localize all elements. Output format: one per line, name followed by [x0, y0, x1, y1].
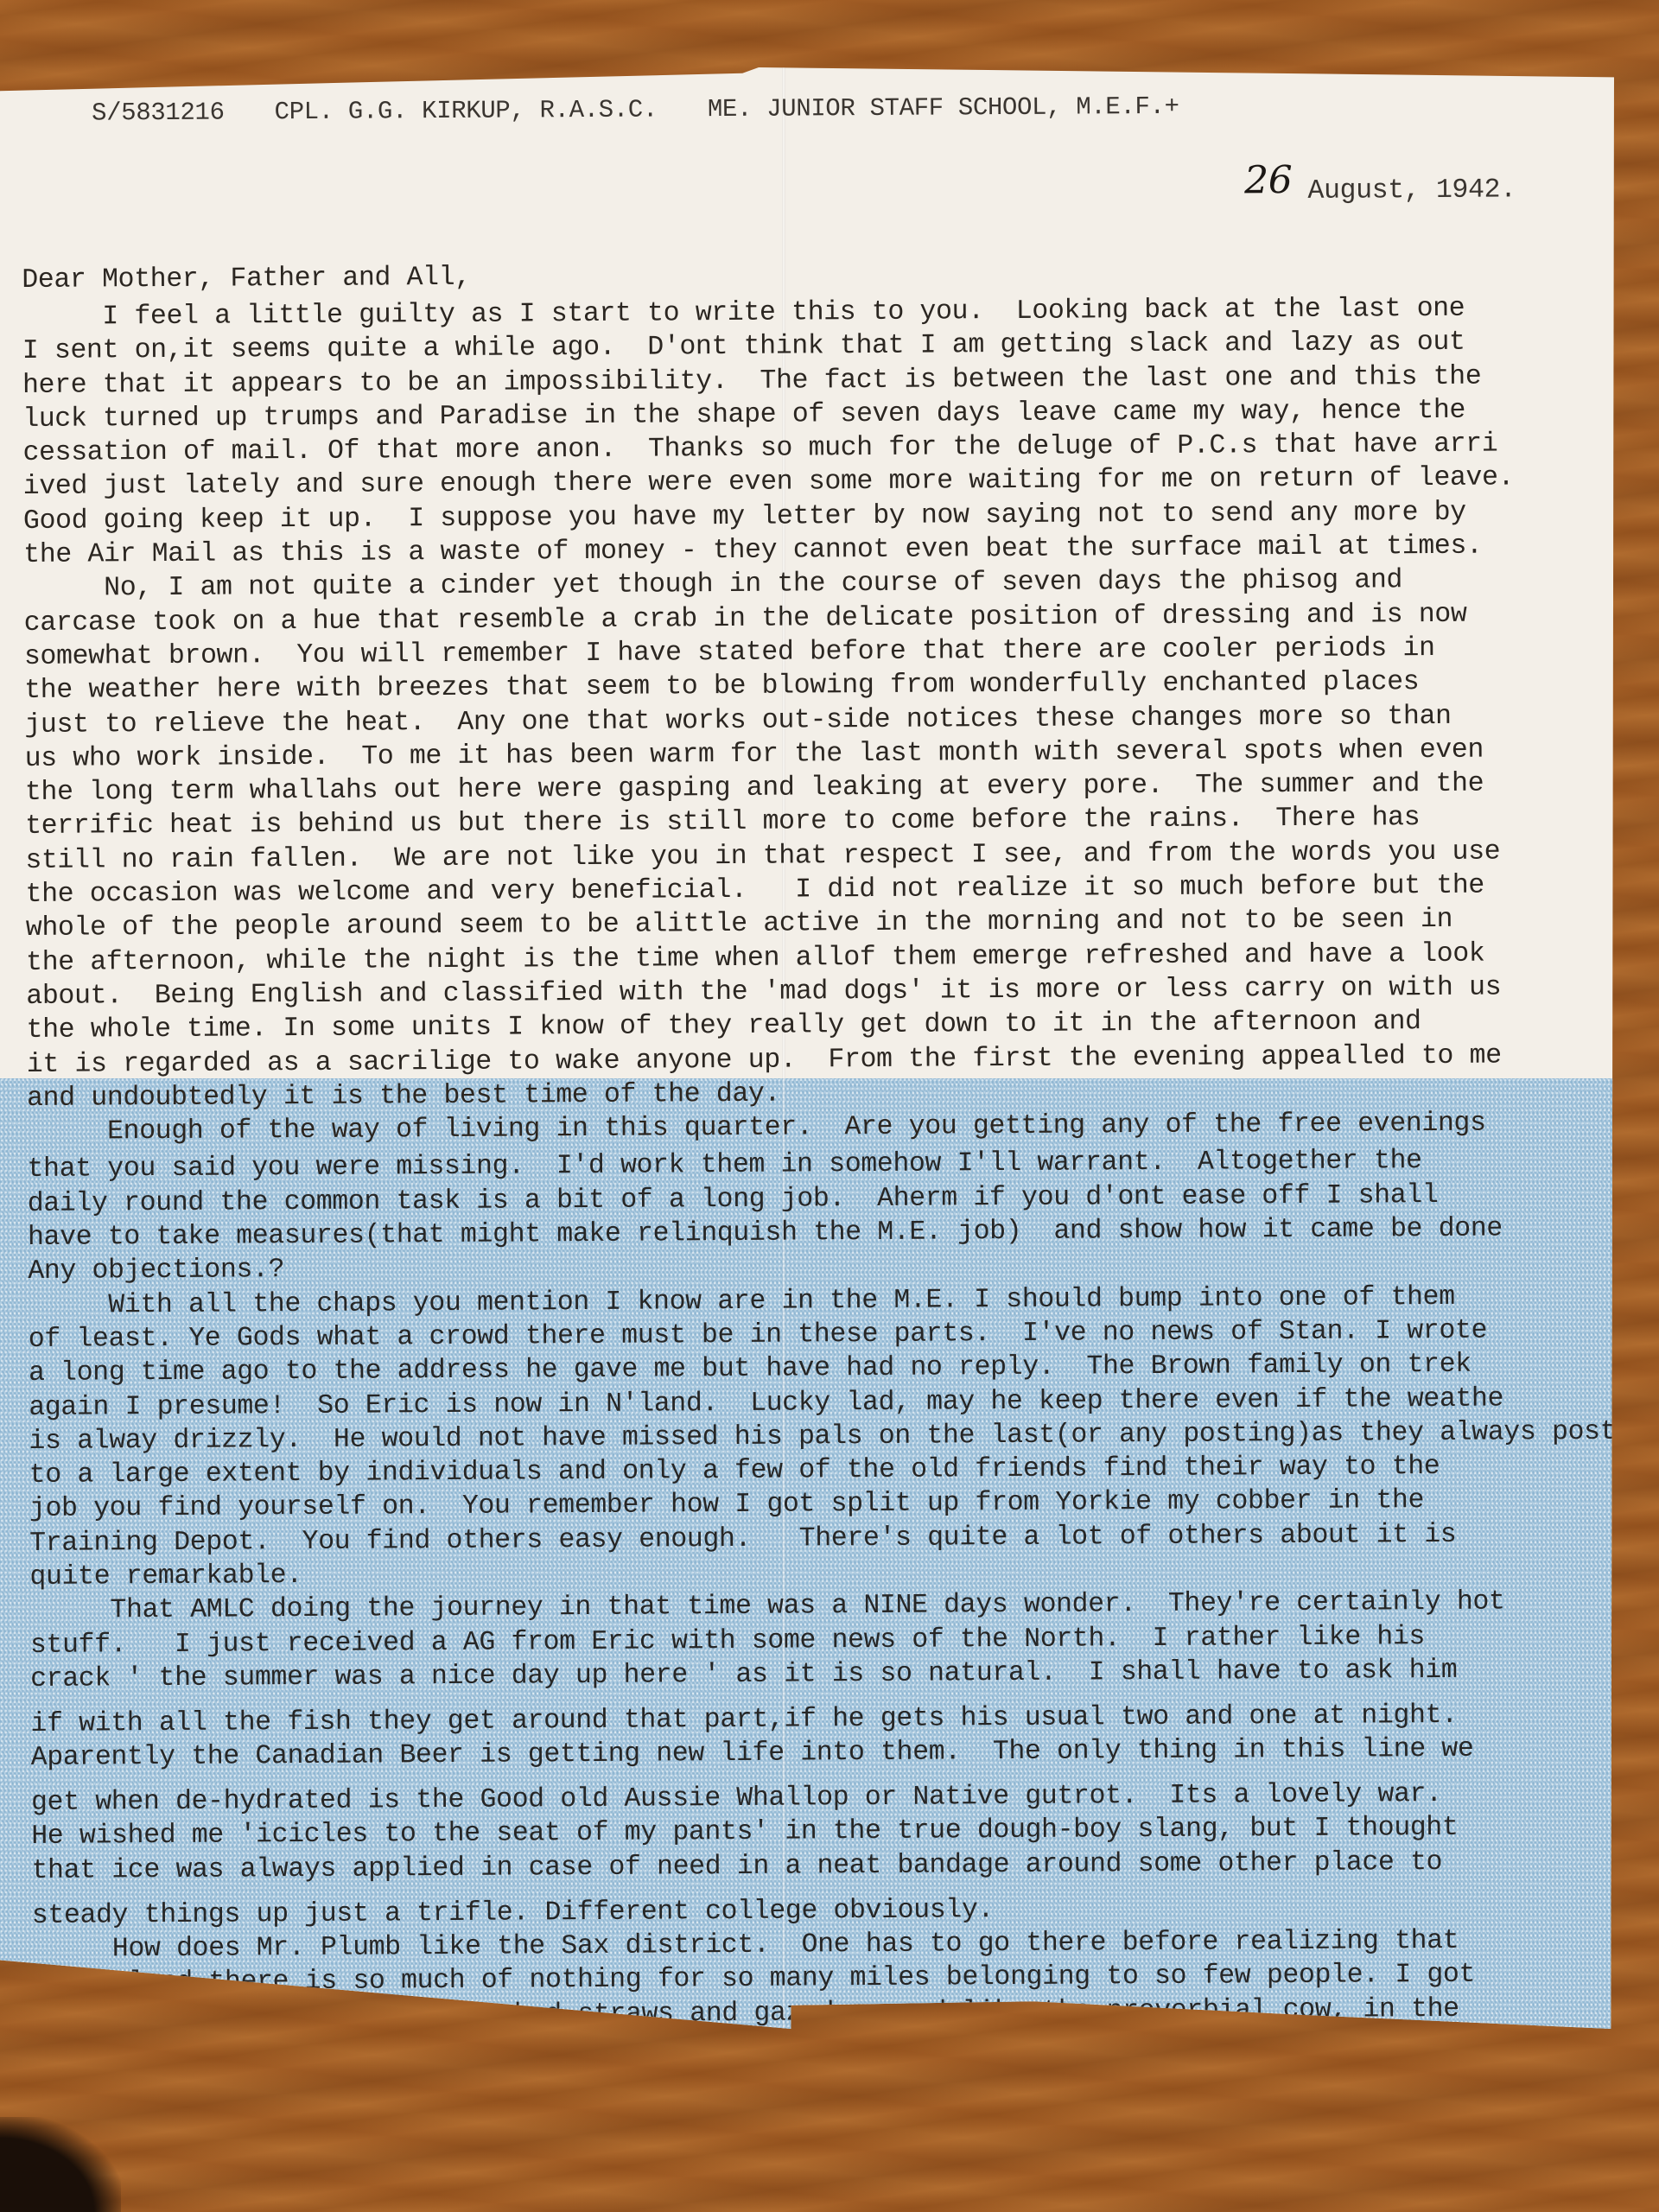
service-number: S/5831216 [92, 96, 225, 130]
text-line: short stay in the wilds. Is he any where… [33, 2025, 1623, 2069]
letter-header: S/5831216 CPL. G.G. KIRKUP, R.A.S.C. ME.… [21, 87, 1611, 130]
salutation: Dear Mother, Father and All, [22, 254, 1611, 297]
date-month-year: August, 1942. [1307, 175, 1516, 206]
date-day-handwritten: 26 [1244, 158, 1293, 202]
text-line: down to the stage when one sucked straws… [32, 1991, 1622, 2035]
desk-shadow-corner [0, 2117, 121, 2212]
letter-body-lower: that you said you were missing. I'd work… [27, 1143, 1622, 2069]
letter-date: 26August, 1942. [21, 133, 1611, 250]
sender-name: CPL. G.G. KIRKUP, R.A.S.C. [274, 92, 658, 129]
letter-body-upper: I feel a little guilty as I start to wri… [22, 291, 1617, 1150]
sender-unit: ME. JUNIOR STAFF SCHOOL, M.E.F.+ [708, 90, 1179, 126]
letter-sheet: S/5831216 CPL. G.G. KIRKUP, R.A.S.C. ME.… [0, 67, 1614, 2029]
letter-text: S/5831216 CPL. G.G. KIRKUP, R.A.S.C. ME.… [21, 87, 1623, 2069]
